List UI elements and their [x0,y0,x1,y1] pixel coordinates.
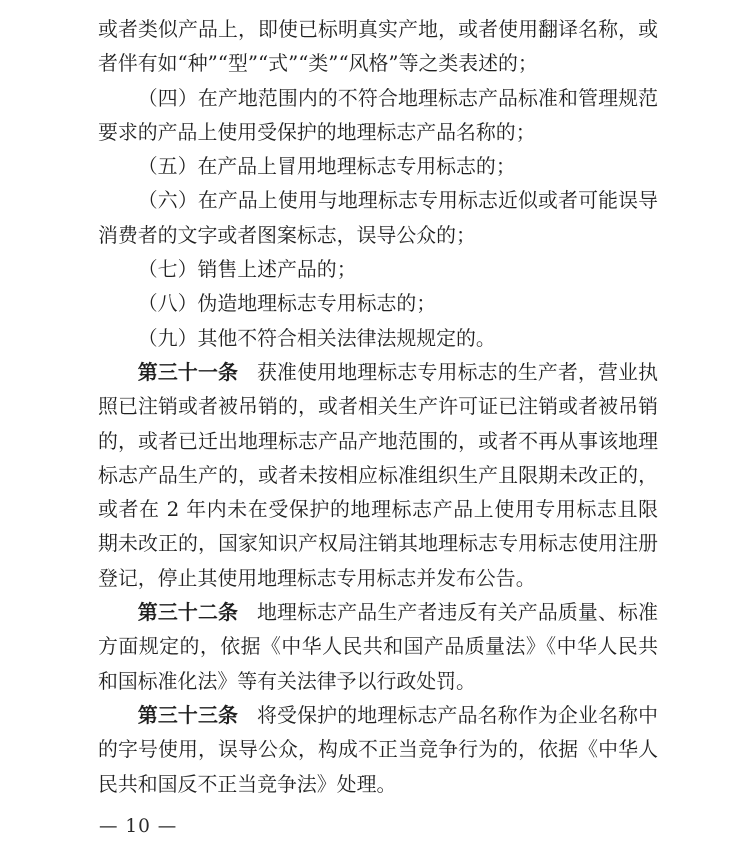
paragraph: （七）销售上述产品的； [98,253,658,287]
paragraph-text: （五）在产品上冒用地理标志专用标志的； [138,155,516,178]
paragraph-text: （九）其他不符合相关法律法规规定的。 [138,327,496,350]
article-number: 第三十二条 [138,601,238,624]
paragraph: （六）在产品上使用与地理标志专用标志近似或者可能误导消费者的文字或者图案标志，误… [98,184,658,253]
paragraph-text: （七）销售上述产品的； [138,258,357,281]
paragraph: 第三十三条将受保护的地理标志产品名称作为企业名称中的字号使用，误导公众，构成不正… [98,699,658,802]
paragraph-text: 或者类似产品上，即使已标明真实产地，或者使用翻译名称，或者伴有如“种”“型”“式… [98,18,658,75]
paragraph: （四）在产地范围内的不符合地理标志产品标准和管理规范要求的产品上使用受保护的地理… [98,82,658,151]
paragraph-text: （六）在产品上使用与地理标志专用标志近似或者可能误导消费者的文字或者图案标志，误… [98,189,658,246]
document-body: 或者类似产品上，即使已标明真实产地，或者使用翻译名称，或者伴有如“种”“型”“式… [98,0,658,802]
paragraph: （九）其他不符合相关法律法规规定的。 [98,322,658,356]
paragraph: 或者类似产品上，即使已标明真实产地，或者使用翻译名称，或者伴有如“种”“型”“式… [98,13,658,82]
paragraph: （五）在产品上冒用地理标志专用标志的； [98,150,658,184]
paragraph-text: （四）在产地范围内的不符合地理标志产品标准和管理规范要求的产品上使用受保护的地理… [98,87,658,144]
page-number: — 10 — [99,816,177,837]
article-number: 第三十三条 [138,704,238,727]
paragraph-text: 获准使用地理标志专用标志的生产者，营业执照已注销或者被吊销的，或者相关生产许可证… [98,361,658,590]
paragraph: （八）伪造地理标志专用标志的； [98,287,658,321]
paragraph-text: （八）伪造地理标志专用标志的； [138,292,436,315]
article-number: 第三十一条 [138,361,238,384]
paragraph: 第三十二条地理标志产品生产者违反有关产品质量、标准方面规定的，依据《中华人民共和… [98,596,658,699]
document-page: { "page": { "background_color": "#ffffff… [0,0,750,843]
paragraph: 第三十一条获准使用地理标志专用标志的生产者，营业执照已注销或者被吊销的，或者相关… [98,356,658,596]
